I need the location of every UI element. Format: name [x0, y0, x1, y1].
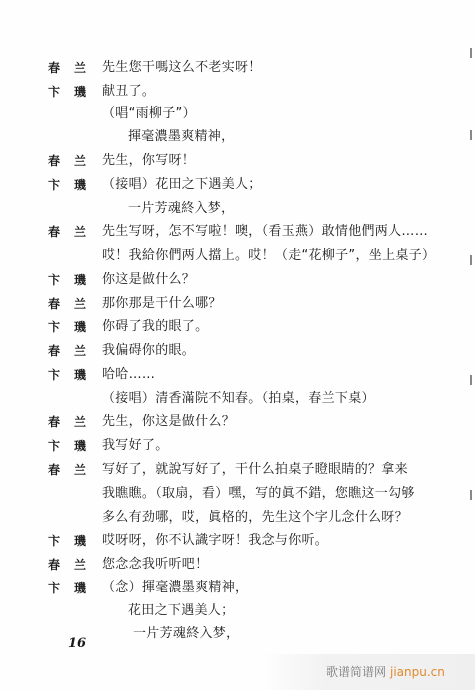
dialogue-text: 先生，你这是做什么？	[102, 412, 235, 432]
speaker-name: 璣	[74, 317, 86, 337]
speaker-name: 春	[48, 222, 60, 242]
dialogue-text: 哈哈……	[102, 365, 155, 385]
dialogue-text: 献丑了。	[102, 82, 155, 102]
speaker-name: 璣	[74, 270, 86, 290]
dialogue-text: 先生写呀，怎不写啦！噢，（看玉燕）敢情他們两人……	[102, 222, 428, 242]
speaker-name: 春	[48, 412, 60, 432]
dialogue-text: 你这是做什么？	[102, 270, 195, 290]
speaker-name: 卞	[48, 82, 60, 102]
speaker-name: 春	[48, 460, 60, 480]
dialogue-text: 那你那是干什么哪？	[102, 294, 222, 314]
dialogue-text: 写好了，就說写好了，干什么拍桌子瞪眼睛的？拿来	[102, 460, 408, 480]
speaker-name: 卞	[48, 175, 60, 195]
speaker-name: 兰	[74, 294, 86, 314]
speaker-name: 卞	[48, 531, 60, 551]
speaker-name: 璣	[74, 175, 86, 195]
scan-edge-mark	[470, 375, 472, 385]
lyric-text: 花田之下遇美人；	[128, 601, 234, 621]
dialogue-text: （念）揮毫濃墨爽精神，	[102, 578, 248, 598]
dialogue-text: 哎！我給你們两人擋上。哎！（走“花柳子”，坐上桌子）	[102, 246, 435, 266]
dialogue-text: 我写好了。	[102, 436, 169, 456]
watermark: 歌谱简谱网jianpu.cn	[262, 654, 475, 690]
watermark-site: jianpu.cn	[390, 665, 445, 679]
speaker-name: 璣	[74, 82, 86, 102]
speaker-name: 璣	[74, 578, 86, 598]
speaker-name: 璣	[74, 436, 86, 456]
speaker-name: 兰	[74, 341, 86, 361]
speaker-name: 兰	[74, 412, 86, 432]
speaker-name: 卞	[48, 317, 60, 337]
dialogue-text: 我瞧瞧。（取扇，看）嘿，写的眞不錯，您瞧这一勾够	[102, 484, 415, 504]
speaker-name: 兰	[74, 151, 86, 171]
speaker-name: 春	[48, 555, 60, 575]
speaker-name: 璣	[74, 531, 86, 551]
speaker-name: 兰	[74, 58, 86, 78]
page-number: 16	[68, 636, 86, 651]
dialogue-text: （接唱）花田之下遇美人；	[102, 175, 262, 195]
speaker-name: 兰	[74, 222, 86, 242]
speaker-name: 卞	[48, 270, 60, 290]
speaker-name: 璣	[74, 365, 86, 385]
scanned-script-page: 春 兰 先生您干嗎这么不老实呀！ 卞 璣 献丑了。 （唱“雨柳子”） 揮毫濃墨爽…	[0, 0, 475, 690]
stage-direction-text: （接唱）清香滿院不知春。（拍桌，春兰下桌）	[102, 389, 375, 409]
dialogue-text: 先生，你写呀！	[102, 151, 195, 171]
speaker-name: 春	[48, 294, 60, 314]
dialogue-text: 哎呀呀，你不认識字呀！我念与你听。	[102, 531, 328, 551]
scan-edge-mark	[470, 130, 472, 140]
speaker-name: 兰	[74, 460, 86, 480]
speaker-name: 春	[48, 151, 60, 171]
watermark-text: 歌谱简谱网jianpu.cn	[326, 663, 445, 680]
scan-edge-mark	[470, 48, 472, 58]
speaker-name: 兰	[74, 555, 86, 575]
dialogue-text: 多么有劲哪，哎，眞格的，先生这个字儿念什么呀？	[102, 508, 408, 528]
lyric-text: 一片芳魂終入梦，	[128, 199, 234, 219]
lyric-text: 揮毫濃墨爽精神，	[128, 127, 234, 147]
speaker-name: 卞	[48, 578, 60, 598]
speaker-name: 卞	[48, 365, 60, 385]
speaker-name: 春	[48, 341, 60, 361]
scan-edge-mark	[470, 490, 472, 500]
stage-direction-text: （唱“雨柳子”）	[102, 104, 196, 124]
speaker-name: 春	[48, 58, 60, 78]
watermark-label: 歌谱简谱网	[326, 665, 386, 679]
speaker-name: 卞	[48, 436, 60, 456]
dialogue-text: 先生您干嗎这么不老实呀！	[102, 58, 262, 78]
scan-edge-mark	[470, 255, 472, 265]
dialogue-text: 你碍了我的眼了。	[102, 317, 208, 337]
dialogue-text: 您念念我听听吧！	[102, 555, 208, 575]
dialogue-text: 我偏碍你的眼。	[102, 341, 195, 361]
lyric-text: 一片芳魂終入梦，	[133, 624, 239, 644]
